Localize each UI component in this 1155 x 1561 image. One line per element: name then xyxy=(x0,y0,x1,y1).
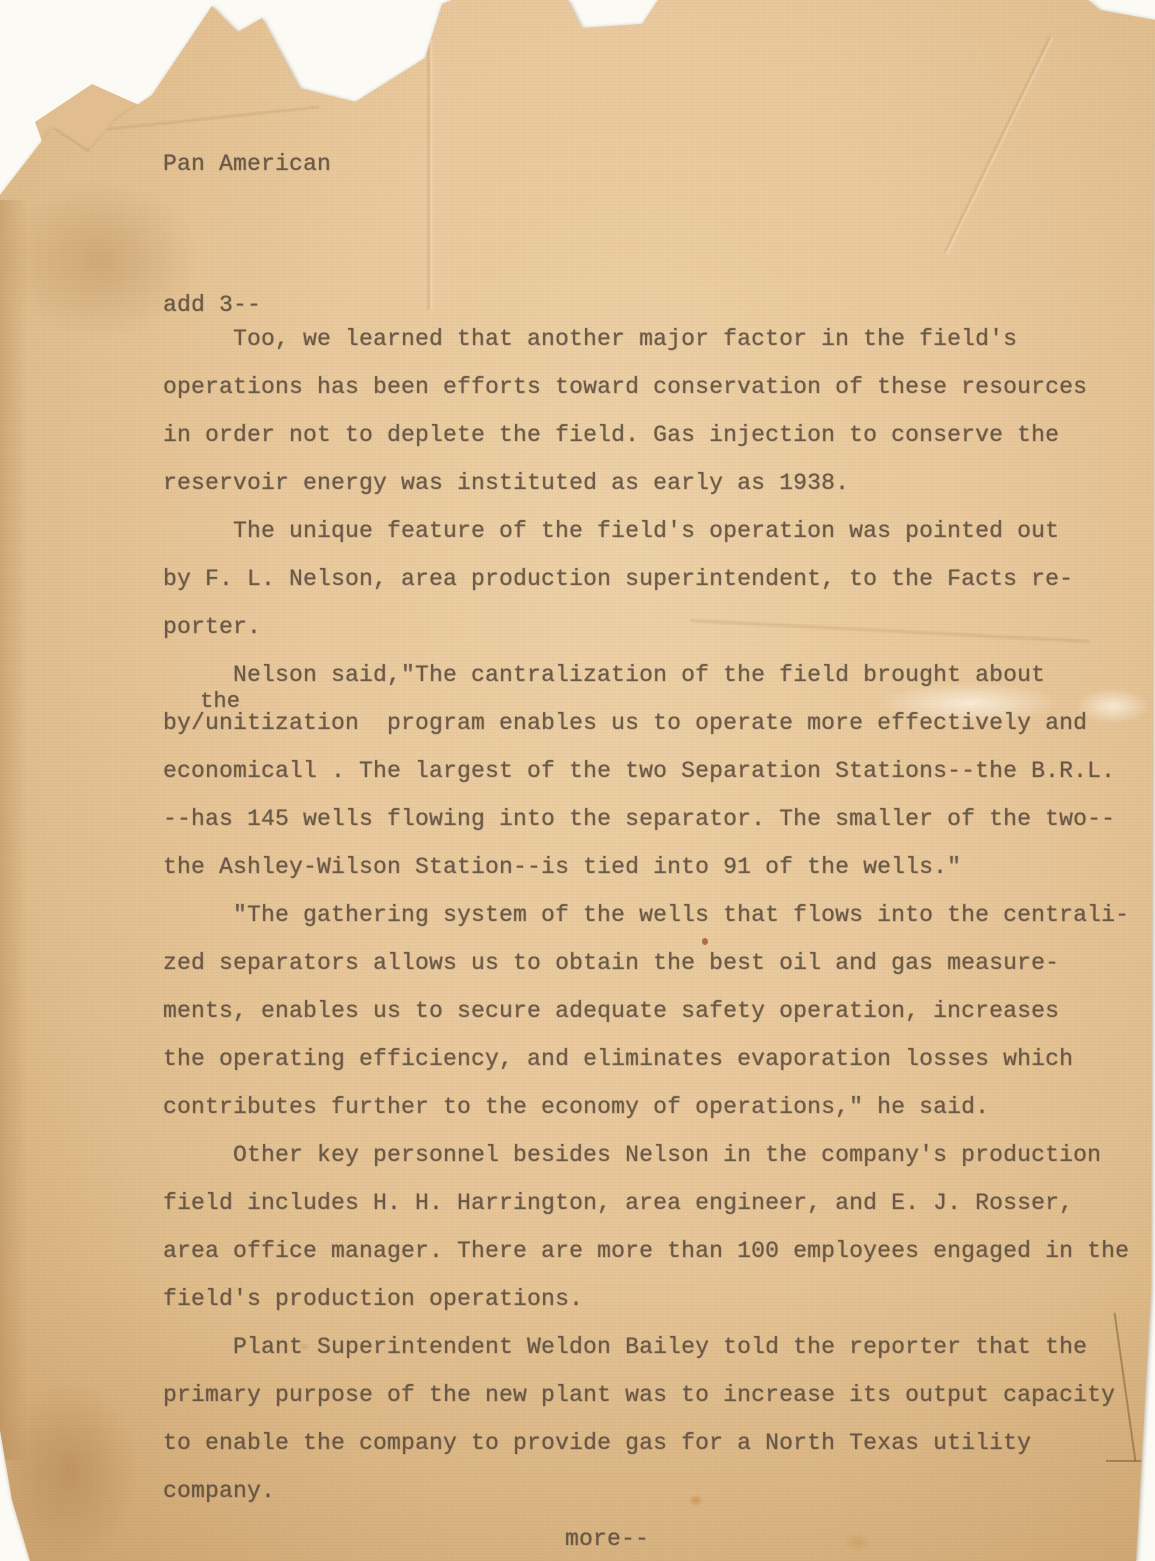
inserted-word-above-line: the xyxy=(200,678,240,726)
typed-line-text: in order not to deplete the field. Gas i… xyxy=(163,422,1059,448)
continuation-mark: more-- xyxy=(163,1515,1129,1561)
typed-line-text: zed separators allows us to obtain the b… xyxy=(163,950,1059,976)
typed-line: ments, enables us to secure adequate saf… xyxy=(163,987,1129,1035)
typed-line: operations has been efforts toward conse… xyxy=(163,363,1129,411)
typed-line: Other key personnel besides Nelson in th… xyxy=(163,1131,1129,1179)
crease-diagonal-top-right xyxy=(943,36,1055,255)
typed-line-text: Nelson said,"The cantralization of the f… xyxy=(233,662,1045,688)
typed-line-text: Other key personnel besides Nelson in th… xyxy=(233,1142,1101,1168)
typed-line-text: reservoir energy was instituted as early… xyxy=(163,470,849,496)
typed-line-text: the operating efficiency, and eliminates… xyxy=(163,1046,1073,1072)
typed-line: by F. L. Nelson, area production superin… xyxy=(163,555,1129,603)
typed-line-text: to enable the company to provide gas for… xyxy=(163,1430,1031,1456)
typed-line: theby/unitization program enables us to … xyxy=(163,699,1129,747)
typed-line-text: field includes H. H. Harrington, area en… xyxy=(163,1190,1073,1216)
typed-line-text: area office manager. There are more than… xyxy=(163,1238,1129,1264)
typed-line-text: operations has been efforts toward conse… xyxy=(163,374,1087,400)
scan-background: Pan American add 3-- Too, we learned tha… xyxy=(0,0,1155,1561)
typed-line: field's production operations. xyxy=(163,1275,1129,1323)
typed-line: Plant Superintendent Weldon Bailey told … xyxy=(163,1323,1129,1371)
typed-line-text: Plant Superintendent Weldon Bailey told … xyxy=(233,1334,1087,1360)
typed-line-text: by/unitization program enables us to ope… xyxy=(163,710,1087,736)
typed-line: Nelson said,"The cantralization of the f… xyxy=(163,651,1129,699)
edge-shadow-bottom-left xyxy=(0,1380,140,1561)
typed-line-text: "The gathering system of the wells that … xyxy=(233,902,1129,928)
typed-line-text: by F. L. Nelson, area production superin… xyxy=(163,566,1073,592)
typed-line: field includes H. H. Harrington, area en… xyxy=(163,1179,1129,1227)
typed-line-text: economicall . The largest of the two Sep… xyxy=(163,758,1115,784)
typed-line-text: contributes further to the economy of op… xyxy=(163,1094,989,1120)
typed-line-text: company. xyxy=(163,1478,275,1504)
typed-line: contributes further to the economy of op… xyxy=(163,1083,1129,1131)
typed-line: The unique feature of the field's operat… xyxy=(163,507,1129,555)
crease-vertical-top xyxy=(426,40,434,310)
typed-line: "The gathering system of the wells that … xyxy=(163,891,1129,939)
paper-wrapper: Pan American add 3-- Too, we learned tha… xyxy=(0,0,1155,1561)
typed-line: the operating efficiency, and eliminates… xyxy=(163,1035,1129,1083)
edge-shadow-left xyxy=(0,200,28,1460)
typed-line: reservoir energy was instituted as early… xyxy=(163,459,1129,507)
typed-body: Too, we learned that another major facto… xyxy=(163,315,1129,1561)
typed-line-text: ments, enables us to secure adequate saf… xyxy=(163,998,1059,1024)
typed-line-text: --has 145 wells flowing into the separat… xyxy=(163,806,1115,832)
typed-line: economicall . The largest of the two Sep… xyxy=(163,747,1129,795)
typed-line: in order not to deplete the field. Gas i… xyxy=(163,411,1129,459)
header-slug: Pan American xyxy=(163,141,331,188)
typed-line-text: field's production operations. xyxy=(163,1286,583,1312)
typed-line: company. xyxy=(163,1467,1129,1515)
typed-line-text: the Ashley-Wilson Station--is tied into … xyxy=(163,854,961,880)
typed-line: to enable the company to provide gas for… xyxy=(163,1419,1129,1467)
typed-line: area office manager. There are more than… xyxy=(163,1227,1129,1275)
typed-line: Too, we learned that another major facto… xyxy=(163,315,1129,363)
typed-line: primary purpose of the new plant was to … xyxy=(163,1371,1129,1419)
typed-line: --has 145 wells flowing into the separat… xyxy=(163,795,1129,843)
typed-line-text: porter. xyxy=(163,614,261,640)
typed-line-text: primary purpose of the new plant was to … xyxy=(163,1382,1115,1408)
typed-line: porter. xyxy=(163,603,1129,651)
paper-sheet: Pan American add 3-- Too, we learned tha… xyxy=(0,0,1155,1561)
typed-line: zed separators allows us to obtain the b… xyxy=(163,939,1129,987)
typed-line-text: Too, we learned that another major facto… xyxy=(233,326,1017,352)
typed-line-text: The unique feature of the field's operat… xyxy=(233,518,1059,544)
typed-line-text: more-- xyxy=(565,1526,649,1552)
typed-line: the Ashley-Wilson Station--is tied into … xyxy=(163,843,1129,891)
